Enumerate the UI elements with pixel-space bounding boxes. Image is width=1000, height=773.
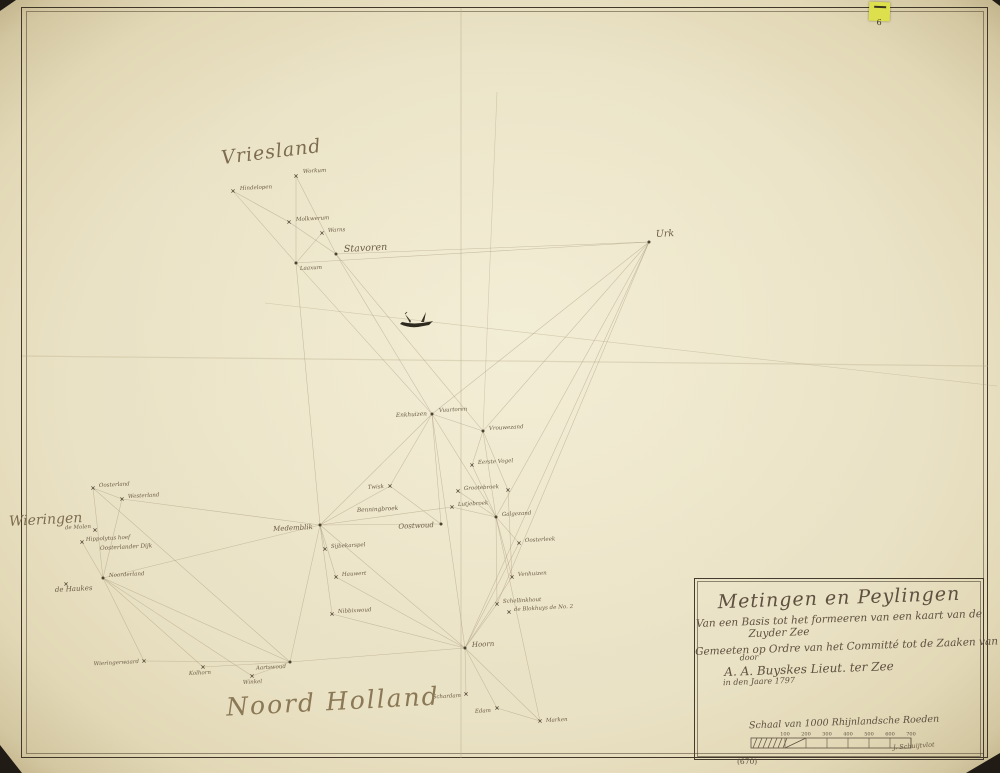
survey-point xyxy=(507,610,510,613)
place-label: Vrouwezand xyxy=(489,424,524,432)
title-cartouche: Metingen en Peylingen Van een Basis tot … xyxy=(694,578,984,760)
place-label: Winkel xyxy=(243,679,263,686)
archive-sticker: 6 xyxy=(869,2,891,22)
survey-line xyxy=(290,525,320,662)
survey-point xyxy=(250,674,253,677)
place-label: Hauwert xyxy=(341,571,367,578)
ship-sketch xyxy=(400,312,433,327)
place-label: Urk xyxy=(656,228,675,240)
place-label: Galgezand xyxy=(502,510,532,518)
scale-tick-label: 200 xyxy=(801,732,811,738)
survey-line xyxy=(432,414,465,648)
place-label: Oostwoud xyxy=(398,521,434,531)
survey-line xyxy=(465,242,649,648)
place-label: Grootebroek xyxy=(464,484,500,492)
scale-hatch xyxy=(778,738,782,748)
survey-line xyxy=(144,661,290,662)
survey-line xyxy=(103,578,144,661)
place-label: Hoorn xyxy=(471,640,495,649)
survey-line xyxy=(233,191,289,222)
survey-line xyxy=(465,648,466,694)
scale-diagonal xyxy=(785,738,806,748)
survey-point xyxy=(231,189,234,192)
place-label: Hindelopen xyxy=(239,184,273,192)
place-label: de Blokhuys de No. 2 xyxy=(514,604,574,613)
scale-tick-label: 300 xyxy=(822,732,832,738)
survey-point xyxy=(80,540,83,543)
place-label: Marken xyxy=(545,717,568,724)
scale-bar: Schaal van 1000 Rhijnlandsche Roeden 100… xyxy=(747,717,917,757)
scale-hatch xyxy=(763,738,767,748)
scale-hatch xyxy=(773,738,777,748)
survey-point xyxy=(648,241,651,244)
scale-hatch xyxy=(768,738,772,748)
scale-hatch xyxy=(758,738,762,748)
place-label: Schellinkhout xyxy=(503,597,542,605)
survey-point xyxy=(440,523,443,526)
place-label: Westerland xyxy=(128,492,160,500)
survey-line xyxy=(103,578,203,667)
survey-line xyxy=(465,577,512,648)
bearing-line xyxy=(483,92,497,431)
survey-line xyxy=(296,263,432,414)
survey-line xyxy=(296,263,320,525)
place-label: Medemblik xyxy=(272,523,313,533)
place-label: Nibbixwoud xyxy=(337,607,372,615)
survey-line xyxy=(496,517,497,604)
place-label: Laaxum xyxy=(299,265,322,272)
survey-point xyxy=(295,262,298,265)
survey-line xyxy=(432,414,483,431)
survey-line xyxy=(93,488,122,499)
survey-line xyxy=(290,648,465,662)
survey-point xyxy=(517,541,520,544)
survey-line xyxy=(93,488,103,578)
survey-line xyxy=(122,499,320,525)
survey-point xyxy=(464,647,467,650)
survey-line xyxy=(452,507,496,517)
place-label: Oosterland xyxy=(99,481,131,489)
survey-point xyxy=(289,661,292,664)
place-label: Kolhorn xyxy=(188,670,212,677)
survey-point xyxy=(102,577,105,580)
survey-line xyxy=(296,233,322,263)
survey-line xyxy=(103,578,290,662)
survey-line xyxy=(320,525,332,614)
survey-point xyxy=(388,484,391,487)
sticker-mark xyxy=(874,6,886,8)
scale-tick-label: 100 xyxy=(780,732,790,738)
map-scan: WorkumHindelopenMolkwerumWarnsStavorenLa… xyxy=(0,0,1000,773)
survey-line xyxy=(432,242,649,414)
survey-point xyxy=(482,430,485,433)
place-label: de Haukes xyxy=(55,584,93,594)
survey-line xyxy=(465,648,497,708)
survey-point xyxy=(470,463,473,466)
survey-line xyxy=(496,242,649,517)
place-label: Stavoren xyxy=(344,242,388,255)
scale-tick-label: 700 xyxy=(906,732,916,738)
place-label: Molkwerum xyxy=(295,215,330,223)
survey-point xyxy=(93,528,96,531)
survey-line xyxy=(336,254,432,414)
survey-line xyxy=(390,414,432,486)
survey-line xyxy=(465,543,519,648)
survey-line xyxy=(496,517,540,721)
survey-line xyxy=(483,242,649,431)
survey-line xyxy=(233,191,296,263)
survey-point xyxy=(431,413,434,416)
place-label: Edam xyxy=(474,708,491,715)
place-label: Wieringerwaard xyxy=(94,659,140,667)
place-label: Noorderland xyxy=(108,571,145,579)
place-label: Aartswoud xyxy=(255,664,287,672)
fold-crease-horizontal xyxy=(22,356,988,366)
place-label: Oosterleek xyxy=(525,536,556,544)
place-label: Benningbroek xyxy=(356,506,399,514)
place-label: Enkhuizen xyxy=(395,411,428,419)
survey-point xyxy=(456,489,459,492)
catalog-number: (670) xyxy=(737,757,757,766)
survey-point xyxy=(287,220,290,223)
place-label: Sijbekarspel xyxy=(331,542,366,550)
bearing-line xyxy=(265,303,997,386)
place-label: Vuurtoren xyxy=(439,407,468,414)
survey-line xyxy=(497,242,649,604)
place-label: Warns xyxy=(328,227,346,234)
survey-point xyxy=(319,524,322,527)
place-label: Workum xyxy=(303,168,327,175)
survey-point xyxy=(495,516,498,519)
scale-bar-graphic: 100200300400500600700 xyxy=(747,729,917,755)
place-label: Twisk xyxy=(368,484,385,491)
scale-tick-label: 400 xyxy=(843,732,853,738)
survey-line xyxy=(320,486,390,525)
survey-point xyxy=(334,575,337,578)
scale-tick-label: 600 xyxy=(885,732,895,738)
survey-line xyxy=(320,525,336,577)
survey-point xyxy=(335,253,338,256)
place-label: Oosterlander Dijk xyxy=(100,543,153,552)
survey-point xyxy=(495,706,498,709)
scale-tick-label: 500 xyxy=(864,732,874,738)
scale-hatch xyxy=(753,738,757,748)
place-label: Lutjebroek xyxy=(457,500,489,508)
survey-point xyxy=(320,231,323,234)
sticker-number: 6 xyxy=(876,18,881,27)
place-label: Venhuizen xyxy=(518,570,548,578)
place-label: Hippolytus hoef xyxy=(85,535,131,543)
survey-line xyxy=(103,525,320,578)
place-label: Eerste Vogel xyxy=(477,458,514,466)
